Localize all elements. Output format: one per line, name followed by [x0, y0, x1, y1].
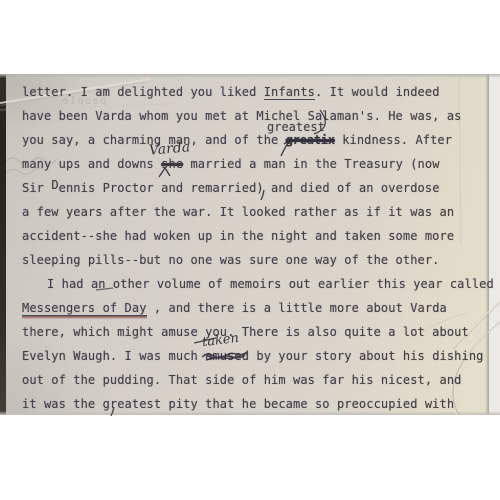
- line-text: it was the greatest pity that he became …: [22, 397, 454, 411]
- typed-line-9: I had an other volume of memoirs out ear…: [47, 276, 494, 292]
- line-text: many ups and downs: [22, 157, 161, 171]
- struck-word-she: she: [161, 157, 183, 171]
- scribbled-out-word-amused: amused: [205, 349, 249, 363]
- underlined-book-title-messengers: Messengers of Day: [22, 301, 147, 315]
- typed-line-14: it was the greatest pity that he became …: [22, 396, 454, 412]
- typed-line-12: Evelyn Waugh. I was much amused by your …: [22, 348, 483, 364]
- typed-line-7: accident--she had woken up in the night …: [22, 228, 454, 244]
- line-text: by your story about his dishing: [249, 349, 483, 363]
- typed-line-2: have been Varda whom you met at Michel S…: [22, 108, 461, 124]
- raised-letter-d: D: [51, 178, 58, 192]
- line-text: Sir: [22, 181, 51, 195]
- line-text: a few years after the war. It looked rat…: [22, 205, 454, 219]
- line-text: , and there is a little more about Varda: [147, 301, 447, 315]
- line-text: ennis Proctor and remarried) and died of…: [59, 181, 440, 195]
- typed-line-10: Messengers of Day , and there is a littl…: [22, 300, 447, 316]
- typed-line-13: out of the pudding. That side of him was…: [22, 372, 461, 388]
- typed-line-11: there, which might amuse you. There is a…: [22, 324, 469, 340]
- typed-line-5: Sir Dennis Proctor and remarried) and di…: [22, 180, 440, 196]
- line-text: kindness. After: [335, 133, 452, 147]
- line-text: out of the pudding. That side of him was…: [22, 373, 461, 387]
- typed-insertion-greatest: greatest: [267, 120, 325, 134]
- line-text: sleeping pills--but no one was sure one …: [22, 253, 440, 267]
- photo-top-shadow: [0, 74, 500, 78]
- typed-line-4: many ups and downs she married a man in …: [22, 156, 440, 172]
- line-text: there, which might amuse you. There is a…: [22, 325, 469, 339]
- line-text: letter. I am delighted you liked: [22, 85, 264, 99]
- typed-line-6: a few years after the war. It looked rat…: [22, 204, 454, 220]
- underlined-book-title-infants: Infants: [264, 85, 315, 100]
- typed-over-struck-word: greatix: [286, 133, 335, 147]
- line-text: accident--she had woken up in the night …: [22, 229, 454, 243]
- line-text: . It would indeed: [315, 85, 440, 99]
- line-text: I had an other volume of memoirs out ear…: [47, 277, 494, 291]
- typed-line-1: letter. I am delighted you liked Infants…: [22, 84, 440, 100]
- typed-line-8: sleeping pills--but no one was sure one …: [22, 252, 440, 268]
- line-text: Evelyn Waugh. I was much: [22, 349, 205, 363]
- line-text: married a man in the Treasury (now: [183, 157, 439, 171]
- typed-line-3: you say, a charming man, and of the grea…: [22, 132, 452, 148]
- line-text: have been Varda whom you met at Michel S…: [22, 109, 461, 123]
